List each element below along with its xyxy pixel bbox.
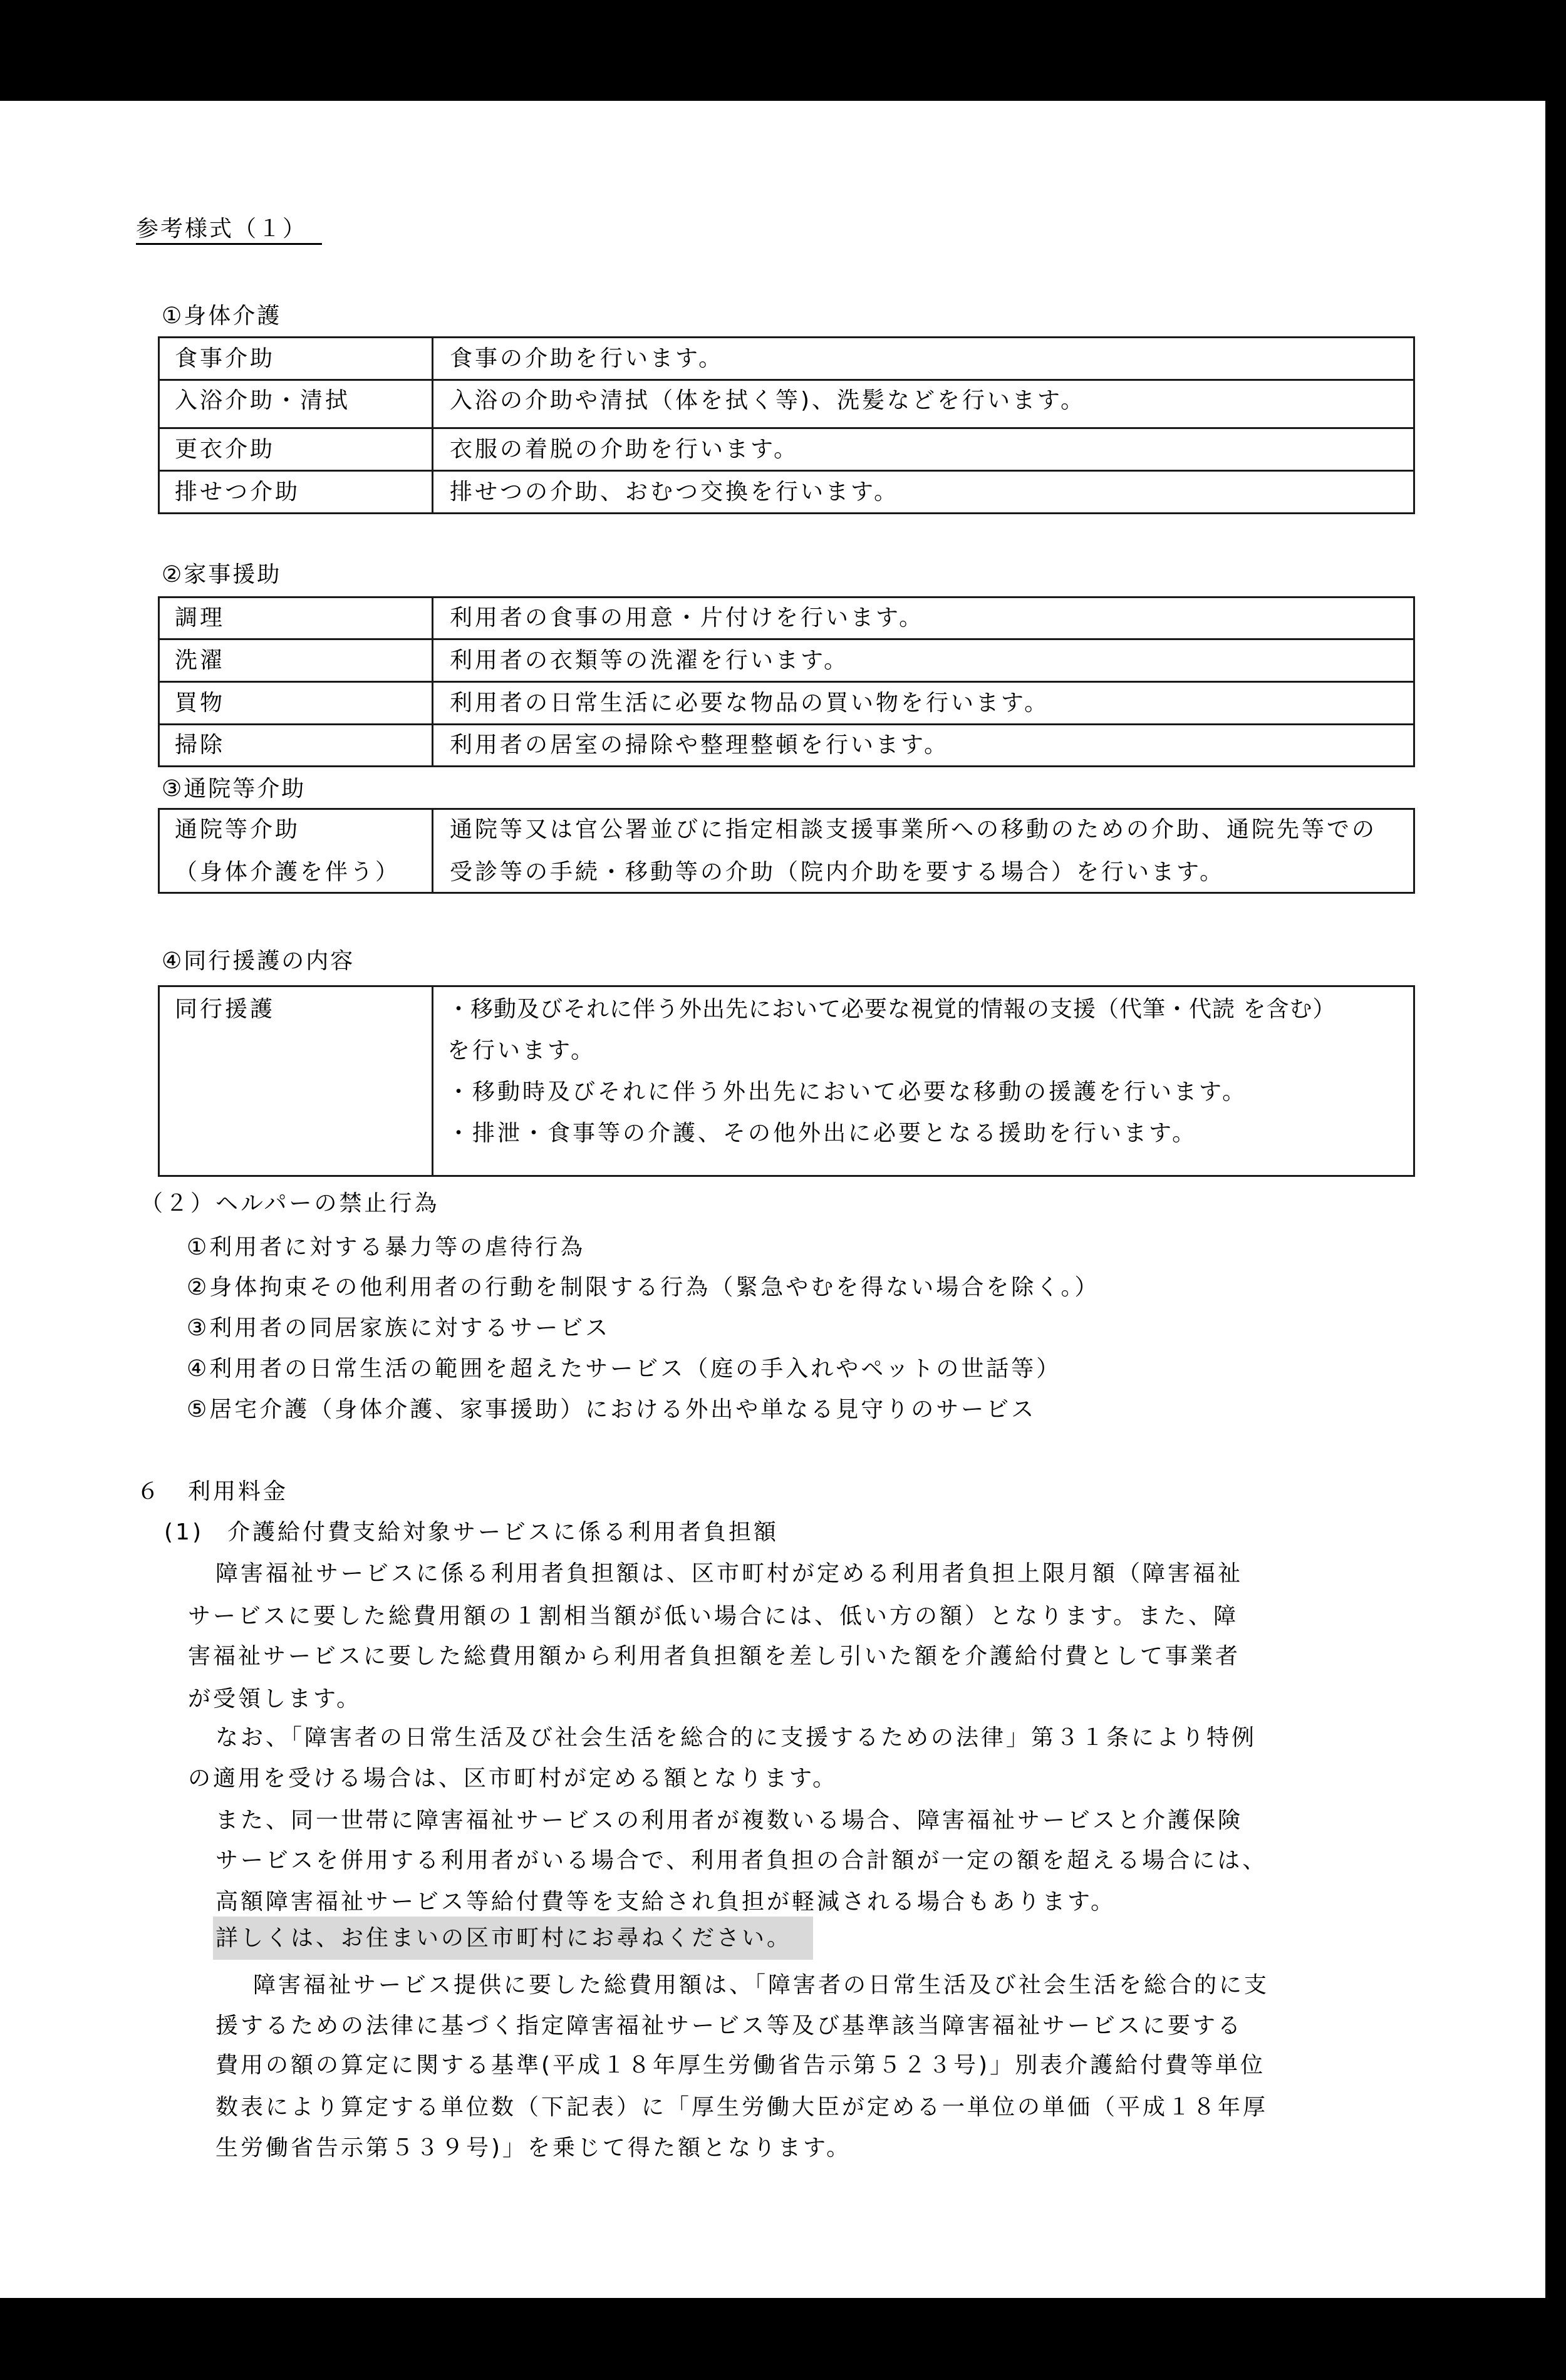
item-description: ・移動及びそれに伴う外出先において必要な視覚的情報の支援（代筆・代読 を含む） …: [433, 986, 1414, 1176]
item-label: 通院等介助 （身体介護を伴う）: [159, 809, 433, 893]
highlighted-notice: 詳しくは、お住まいの区市町村にお尋ねください。: [213, 1917, 813, 1960]
item-label: 入浴介助・清拭: [159, 380, 433, 428]
section-number: ６: [137, 1478, 162, 1506]
description-line: 通院等又は官公署並びに指定相談支援事業所への移動のための介助、通院先等での: [450, 816, 1413, 844]
section-heading-hospital-escort: ③通院等介助: [162, 775, 306, 803]
section-heading-accompany-support: ④同行援護の内容: [162, 948, 355, 975]
item-label-line: （身体介護を伴う）: [175, 859, 432, 886]
description-line: ・移動時及びそれに伴う外出先において必要な移動の援護を行います。: [447, 1079, 1413, 1106]
table-row: 更衣介助 衣服の着脱の介助を行います。: [159, 428, 1414, 471]
item-label: 排せつ介助: [159, 471, 433, 514]
paragraph-line: が受領します。: [188, 1685, 361, 1713]
document-page: 参考様式（１） ①身体介護 食事介助 食事の介助を行います。 入浴介助・清拭 入…: [0, 101, 1545, 2298]
description-line: 受診等の手続・移動等の介助（院内介助を要する場合）を行います。: [450, 859, 1413, 886]
paragraph-line: サービスを併用する利用者がいる場合で、利用者負担の合計額が一定の額を超える場合に…: [215, 1847, 1267, 1875]
table-housework: 調理 利用者の食事の用意・片付けを行います。 洗濯 利用者の衣類等の洗濯を行いま…: [158, 596, 1415, 767]
table-row: 同行援護 ・移動及びそれに伴う外出先において必要な視覚的情報の支援（代筆・代読 …: [159, 986, 1414, 1176]
item-label: 洗濯: [159, 639, 433, 682]
paragraph-line: 援するための法律に基づく指定障害福祉サービス等及び基準該当障害福祉サービスに要す…: [215, 2012, 1243, 2040]
item-label: 食事介助: [159, 338, 433, 380]
table-row: 調理 利用者の食事の用意・片付けを行います。: [159, 598, 1414, 639]
table-accompany-support: 同行援護 ・移動及びそれに伴う外出先において必要な視覚的情報の支援（代筆・代読 …: [158, 985, 1415, 1177]
description-line: を行います。: [447, 1037, 1413, 1065]
section-title: 利用料金: [188, 1478, 288, 1506]
paragraph-line: 生労働省告示第５３９号)」を乗じて得た額となります。: [215, 2134, 851, 2162]
item-label: 同行援護: [159, 986, 433, 1176]
prohibited-item: ④利用者の日常生活の範囲を超えたサービス（庭の手入れやペットの世話等）: [187, 1355, 1061, 1383]
table-row: 洗濯 利用者の衣類等の洗濯を行います。: [159, 639, 1414, 682]
paragraph-line: の適用を受ける場合は、区市町村が定める額となります。: [188, 1765, 837, 1793]
form-title: 参考様式（１）: [136, 215, 322, 245]
prohibited-item: ⑤居宅介護（身体介護、家事援助）における外出や単なる見守りのサービス: [187, 1396, 1036, 1424]
section-heading-physical-care: ①身体介護: [162, 303, 281, 330]
table-row: 掃除 利用者の居室の掃除や整理整頓を行います。: [159, 725, 1414, 767]
item-description: 利用者の衣類等の洗濯を行います。: [433, 639, 1414, 682]
item-label: 掃除: [159, 725, 433, 767]
item-description: 排せつの介助、おむつ交換を行います。: [433, 471, 1414, 514]
prohibited-item: ③利用者の同居家族に対するサービス: [187, 1315, 610, 1342]
item-description: 食事の介助を行います。: [433, 338, 1414, 380]
item-description: 通院等又は官公署並びに指定相談支援事業所への移動のための介助、通院先等での 受診…: [433, 809, 1414, 893]
top-black-bar: [0, 0, 1566, 101]
table-row: 買物 利用者の日常生活に必要な物品の買い物を行います。: [159, 682, 1414, 725]
paragraph-line: サービスに要した総費用額の１割相当額が低い場合には、低い方の額）となります。また…: [188, 1603, 1238, 1630]
paragraph-line: なお、「障害者の日常生活及び社会生活を総合的に支援するための法律」第３１条により…: [215, 1724, 1257, 1752]
paragraph-line: 障害福祉サービス提供に要した総費用額は、「障害者の日常生活及び社会生活を総合的に…: [253, 1972, 1269, 1999]
description-line: ・移動及びそれに伴う外出先において必要な視覚的情報の支援（代筆・代読 を含む）: [447, 996, 1413, 1023]
item-description: 利用者の日常生活に必要な物品の買い物を行います。: [433, 682, 1414, 725]
paragraph-line: また、同一世帯に障害福祉サービスの利用者が複数いる場合、障害福祉サービスと介護保…: [215, 1807, 1243, 1834]
item-description: 利用者の食事の用意・片付けを行います。: [433, 598, 1414, 639]
item-description: 衣服の着脱の介助を行います。: [433, 428, 1414, 471]
table-hospital-escort: 通院等介助 （身体介護を伴う） 通院等又は官公署並びに指定相談支援事業所への移動…: [158, 808, 1415, 894]
paragraph-line: 費用の額の算定に関する基準(平成１８年厚生労働省告示第５２３号)」別表介護給付費…: [215, 2052, 1265, 2079]
paragraph-line: 害福祉サービスに要した総費用額から利用者負担額を差し引いた額を介護給付費として事…: [188, 1643, 1240, 1670]
paragraph-line: 高額障害福祉サービス等給付費等を支給され負担が軽減される場合もあります。: [215, 1888, 1116, 1916]
description-line: ・排泄・食事等の介護、その他外出に必要となる援助を行います。: [447, 1120, 1413, 1147]
prohibited-item: ①利用者に対する暴力等の虐待行為: [187, 1234, 585, 1261]
item-description: 入浴の介助や清拭（体を拭く等)、洗髪などを行います。: [433, 380, 1414, 428]
paragraph-line: 障害福祉サービスに係る利用者負担額は、区市町村が定める利用者負担上限月額（障害福…: [215, 1560, 1243, 1588]
item-label: 調理: [159, 598, 433, 639]
table-row: 排せつ介助 排せつの介助、おむつ交換を行います。: [159, 471, 1414, 514]
table-row: 食事介助 食事の介助を行います。: [159, 338, 1414, 380]
subsection-title: 介護給付費支給対象サービスに係る利用者負担額: [227, 1519, 779, 1546]
prohibited-acts-heading: （２）ヘルパーの禁止行為: [140, 1190, 439, 1218]
subsection-number: (1): [164, 1519, 204, 1546]
table-physical-care: 食事介助 食事の介助を行います。 入浴介助・清拭 入浴の介助や清拭（体を拭く等)…: [158, 336, 1415, 514]
paragraph-line: 数表により算定する単位数（下記表）に「厚生労働大臣が定める一単位の単価（平成１８…: [215, 2094, 1268, 2121]
table-row: 通院等介助 （身体介護を伴う） 通院等又は官公署並びに指定相談支援事業所への移動…: [159, 809, 1414, 893]
item-label-line: 通院等介助: [175, 816, 432, 844]
prohibited-item: ②身体拘束その他利用者の行動を制限する行為（緊急やむを得ない場合を除く。）: [187, 1274, 1100, 1301]
item-description: 利用者の居室の掃除や整理整頓を行います。: [433, 725, 1414, 767]
item-label: 更衣介助: [159, 428, 433, 471]
item-label: 買物: [159, 682, 433, 725]
table-row: 入浴介助・清拭 入浴の介助や清拭（体を拭く等)、洗髪などを行います。: [159, 380, 1414, 428]
section-heading-housework: ②家事援助: [162, 561, 281, 589]
